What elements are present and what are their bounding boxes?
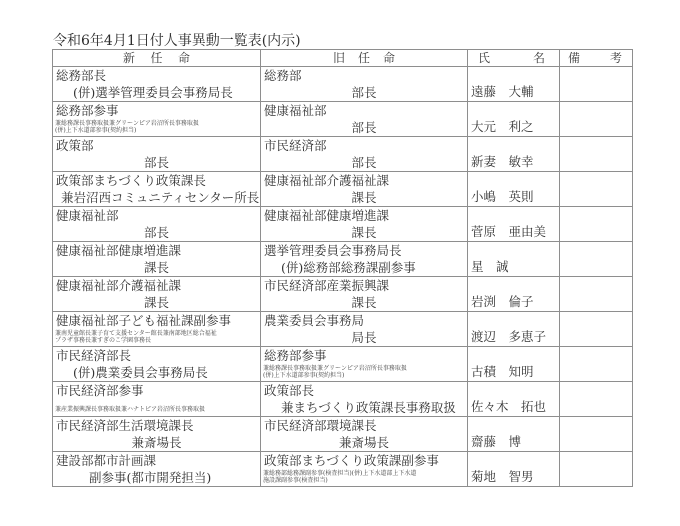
new-post-line1: 健康福祉部健康増進課 xyxy=(56,243,181,259)
name-cell: 齋藤 博 xyxy=(468,417,560,452)
new-post-note-2: (併)上下水道部参事(契約担当) xyxy=(55,127,136,134)
new-post-line2: (併)選挙管理委員会事務局長 xyxy=(73,85,233,101)
old-post-note-2: 施設課副参事(検査担当) xyxy=(263,477,328,484)
person-name: 小嶋 英則 xyxy=(471,189,534,205)
old-post-line1: 市民経済部産業振興課 xyxy=(264,278,389,294)
remarks-cell xyxy=(560,172,633,207)
new-post-cell: 市民経済部生活環境課長 兼斎場長 xyxy=(53,417,261,452)
new-post-line1: 総務部参事 xyxy=(56,103,119,119)
person-name: 菅原 亜由美 xyxy=(471,224,546,240)
table-row: 健康福祉部 部長 健康福祉部健康増進課 課長 菅原 亜由美 xyxy=(53,207,633,242)
table-row: 市民経済部生活環境課長 兼斎場長 市民経済部環境課長 兼斎場長 齋藤 博 xyxy=(53,417,633,452)
remarks-cell xyxy=(560,242,633,277)
table-row: 総務部参事 兼総務課長事務取扱兼グリーンピア岩沼所長事務取扱 (併)上下水道部参… xyxy=(53,102,633,137)
old-post-note: 兼総務部総務課副参事(検査担当)(併)上下水道部上下水道 xyxy=(263,470,416,477)
old-post-cell: 政策部長 兼まちづくり政策課長事務取扱 xyxy=(261,382,468,417)
old-post-line2: 課長 xyxy=(261,295,467,311)
old-post-line2: 兼まちづくり政策課長事務取扱 xyxy=(281,400,456,416)
new-post-cell: 健康福祉部子ども福祉課副参事 兼南児童館長兼子育て支援センター館長兼南部地区総合… xyxy=(53,312,261,347)
old-post-line2: 課長 xyxy=(261,190,467,206)
remarks-cell xyxy=(560,137,633,172)
name-cell: 古積 知明 xyxy=(468,347,560,382)
name-cell: 佐々木 拓也 xyxy=(468,382,560,417)
old-post-cell: 政策部まちづくり政策課副参事 兼総務部総務課副参事(検査担当)(併)上下水道部上… xyxy=(261,452,468,487)
table-row: 健康福祉部介護福祉課 課長 市民経済部産業振興課 課長 岩渕 倫子 xyxy=(53,277,633,312)
new-post-line2: 部長 xyxy=(53,155,260,171)
remarks-cell xyxy=(560,417,633,452)
header-char: 氏 xyxy=(478,50,490,66)
new-post-line1: 健康福祉部介護福祉課 xyxy=(56,278,181,294)
new-post-line1: 健康福祉部 xyxy=(56,208,119,224)
old-post-cell: 総務部 部長 xyxy=(261,67,468,102)
personnel-table: 新任命 旧任命 氏名 備考 総務部長 (併)選挙管理委員会事務局長 総務部 部長… xyxy=(52,49,633,487)
table-header-row: 新任命 旧任命 氏名 備考 xyxy=(53,50,633,67)
new-post-cell: 総務部参事 兼総務課長事務取扱兼グリーンピア岩沼所長事務取扱 (併)上下水道部参… xyxy=(53,102,261,137)
new-post-line2: 課長 xyxy=(53,295,260,311)
header-char: 備 xyxy=(568,50,580,66)
person-name: 遠藤 大輔 xyxy=(471,84,534,100)
new-post-cell: 建設部都市計画課 副参事(都市開発担当) xyxy=(53,452,261,487)
old-post-line1: 市民経済部 xyxy=(264,138,327,154)
old-post-line1: 選挙管理委員会事務局長 xyxy=(264,243,402,259)
table-row: 健康福祉部子ども福祉課副参事 兼南児童館長兼子育て支援センター館長兼南部地区総合… xyxy=(53,312,633,347)
table-row: 市民経済部参事 兼産業振興課長事務取扱兼ハナトピア岩沼所長事務取扱 政策部長 兼… xyxy=(53,382,633,417)
new-post-line2: 課長 xyxy=(53,260,260,276)
person-name: 大元 利之 xyxy=(471,119,534,135)
old-post-line1: 政策部長 xyxy=(264,383,314,399)
header-char: 命 xyxy=(383,50,395,66)
old-post-line1: 農業委員会事務局 xyxy=(264,313,364,329)
new-post-line1: 市民経済部生活環境課長 xyxy=(56,418,194,434)
person-name: 菊地 智男 xyxy=(471,469,534,485)
person-name: 星 誠 xyxy=(471,259,509,275)
header-char: 命 xyxy=(178,50,190,66)
new-post-note: 兼総務課長事務取扱兼グリーンピア岩沼所長事務取扱 xyxy=(55,120,199,127)
new-post-line2: (併)農業委員会事務局長 xyxy=(73,365,208,381)
remarks-cell xyxy=(560,207,633,242)
new-post-line1: 市民経済部参事 xyxy=(56,383,144,399)
name-cell: 遠藤 大輔 xyxy=(468,67,560,102)
header-char: 考 xyxy=(610,50,622,66)
remarks-cell xyxy=(560,67,633,102)
old-post-cell: 選挙管理委員会事務局長 (併)総務部総務課副参事 xyxy=(261,242,468,277)
new-post-note: 兼産業振興課長事務取扱兼ハナトピア岩沼所長事務取扱 xyxy=(55,406,205,413)
new-post-line2: 副参事(都市開発担当) xyxy=(89,470,211,486)
old-post-line2: 部長 xyxy=(261,85,467,101)
person-name: 齋藤 博 xyxy=(471,434,521,450)
new-post-cell: 市民経済部参事 兼産業振興課長事務取扱兼ハナトピア岩沼所長事務取扱 xyxy=(53,382,261,417)
header-char: 新 xyxy=(123,50,135,66)
name-cell: 星 誠 xyxy=(468,242,560,277)
remarks-cell xyxy=(560,382,633,417)
new-post-line1: 建設部都市計画課 xyxy=(56,453,156,469)
remarks-cell xyxy=(560,312,633,347)
header-char: 名 xyxy=(533,50,545,66)
name-cell: 大元 利之 xyxy=(468,102,560,137)
old-post-cell: 市民経済部産業振興課 課長 xyxy=(261,277,468,312)
old-post-line1: 総務部参事 xyxy=(264,348,327,364)
remarks-cell xyxy=(560,102,633,137)
header-name: 氏名 xyxy=(468,50,560,67)
person-name: 古積 知明 xyxy=(471,364,534,380)
table-row: 建設部都市計画課 副参事(都市開発担当) 政策部まちづくり政策課副参事 兼総務部… xyxy=(53,452,633,487)
new-post-cell: 総務部長 (併)選挙管理委員会事務局長 xyxy=(53,67,261,102)
old-post-note: 兼総務課長事務取扱兼グリーンピア岩沼所長事務取扱 xyxy=(263,365,407,372)
new-post-cell: 政策部 部長 xyxy=(53,137,261,172)
old-post-cell: 市民経済部 部長 xyxy=(261,137,468,172)
name-cell: 渡辺 多恵子 xyxy=(468,312,560,347)
new-post-cell: 健康福祉部介護福祉課 課長 xyxy=(53,277,261,312)
old-post-line1: 健康福祉部 xyxy=(264,103,327,119)
old-post-note-2: (併)上下水道部参事(契約担当) xyxy=(263,372,344,379)
header-old-post: 旧任命 xyxy=(261,50,468,67)
table-row: 政策部 部長 市民経済部 部長 新妻 敏幸 xyxy=(53,137,633,172)
header-char: 任 xyxy=(358,50,370,66)
old-post-cell: 健康福祉部介護福祉課 課長 xyxy=(261,172,468,207)
new-post-line1: 総務部長 xyxy=(56,68,106,84)
header-char: 旧 xyxy=(333,50,345,66)
new-post-note-2: プラザ事務長兼すぎのこ学園事務長 xyxy=(55,337,151,344)
new-post-line2: 兼岩沼西コミュニティセンター所長 xyxy=(61,190,259,206)
header-new-post: 新任命 xyxy=(53,50,261,67)
old-post-cell: 市民経済部環境課長 兼斎場長 xyxy=(261,417,468,452)
name-cell: 小嶋 英則 xyxy=(468,172,560,207)
new-post-note: 兼南児童館長兼子育て支援センター館長兼南部地区総合福祉 xyxy=(55,330,217,337)
table-row: 政策部まちづくり政策課長 兼岩沼西コミュニティセンター所長 健康福祉部介護福祉課… xyxy=(53,172,633,207)
old-post-line1: 健康福祉部健康増進課 xyxy=(264,208,389,224)
old-post-cell: 農業委員会事務局 局長 xyxy=(261,312,468,347)
name-cell: 菊地 智男 xyxy=(468,452,560,487)
new-post-line1: 市民経済部長 xyxy=(56,348,131,364)
remarks-cell xyxy=(560,347,633,382)
table-row: 市民経済部長 (併)農業委員会事務局長 総務部参事 兼総務課長事務取扱兼グリーン… xyxy=(53,347,633,382)
person-name: 岩渕 倫子 xyxy=(471,294,534,310)
person-name: 渡辺 多恵子 xyxy=(471,329,546,345)
old-post-cell: 健康福祉部 部長 xyxy=(261,102,468,137)
old-post-line1: 総務部 xyxy=(264,68,302,84)
new-post-cell: 健康福祉部健康増進課 課長 xyxy=(53,242,261,277)
old-post-cell: 健康福祉部健康増進課 課長 xyxy=(261,207,468,242)
name-cell: 新妻 敏幸 xyxy=(468,137,560,172)
person-name: 新妻 敏幸 xyxy=(471,154,534,170)
new-post-line2: 兼斎場長 xyxy=(53,435,260,451)
old-post-line2: 局長 xyxy=(261,330,467,346)
old-post-line1: 健康福祉部介護福祉課 xyxy=(264,173,389,189)
table-row: 健康福祉部健康増進課 課長 選挙管理委員会事務局長 (併)総務部総務課副参事 星… xyxy=(53,242,633,277)
new-post-line1: 健康福祉部子ども福祉課副参事 xyxy=(56,313,231,329)
new-post-cell: 市民経済部長 (併)農業委員会事務局長 xyxy=(53,347,261,382)
old-post-line2: (併)総務部総務課副参事 xyxy=(281,260,416,276)
new-post-line1: 政策部まちづくり政策課長 xyxy=(56,173,206,189)
old-post-line2: 部長 xyxy=(261,155,467,171)
name-cell: 菅原 亜由美 xyxy=(468,207,560,242)
remarks-cell xyxy=(560,277,633,312)
old-post-line1: 政策部まちづくり政策課副参事 xyxy=(264,453,439,469)
new-post-line2: 部長 xyxy=(53,225,260,241)
old-post-line2: 課長 xyxy=(261,225,467,241)
new-post-cell: 健康福祉部 部長 xyxy=(53,207,261,242)
header-remarks: 備考 xyxy=(560,50,633,67)
name-cell: 岩渕 倫子 xyxy=(468,277,560,312)
person-name: 佐々木 拓也 xyxy=(471,399,546,415)
old-post-line1: 市民経済部環境課長 xyxy=(264,418,377,434)
new-post-line1: 政策部 xyxy=(56,138,94,154)
old-post-cell: 総務部参事 兼総務課長事務取扱兼グリーンピア岩沼所長事務取扱 (併)上下水道部参… xyxy=(261,347,468,382)
header-char: 任 xyxy=(150,50,162,66)
table-row: 総務部長 (併)選挙管理委員会事務局長 総務部 部長 遠藤 大輔 xyxy=(53,67,633,102)
new-post-cell: 政策部まちづくり政策課長 兼岩沼西コミュニティセンター所長 xyxy=(53,172,261,207)
page-title: 令和6年4月1日付人事異動一覧表(内示) xyxy=(53,30,301,50)
old-post-line2: 兼斎場長 xyxy=(261,435,467,451)
remarks-cell xyxy=(560,452,633,487)
old-post-line2: 部長 xyxy=(261,120,467,136)
